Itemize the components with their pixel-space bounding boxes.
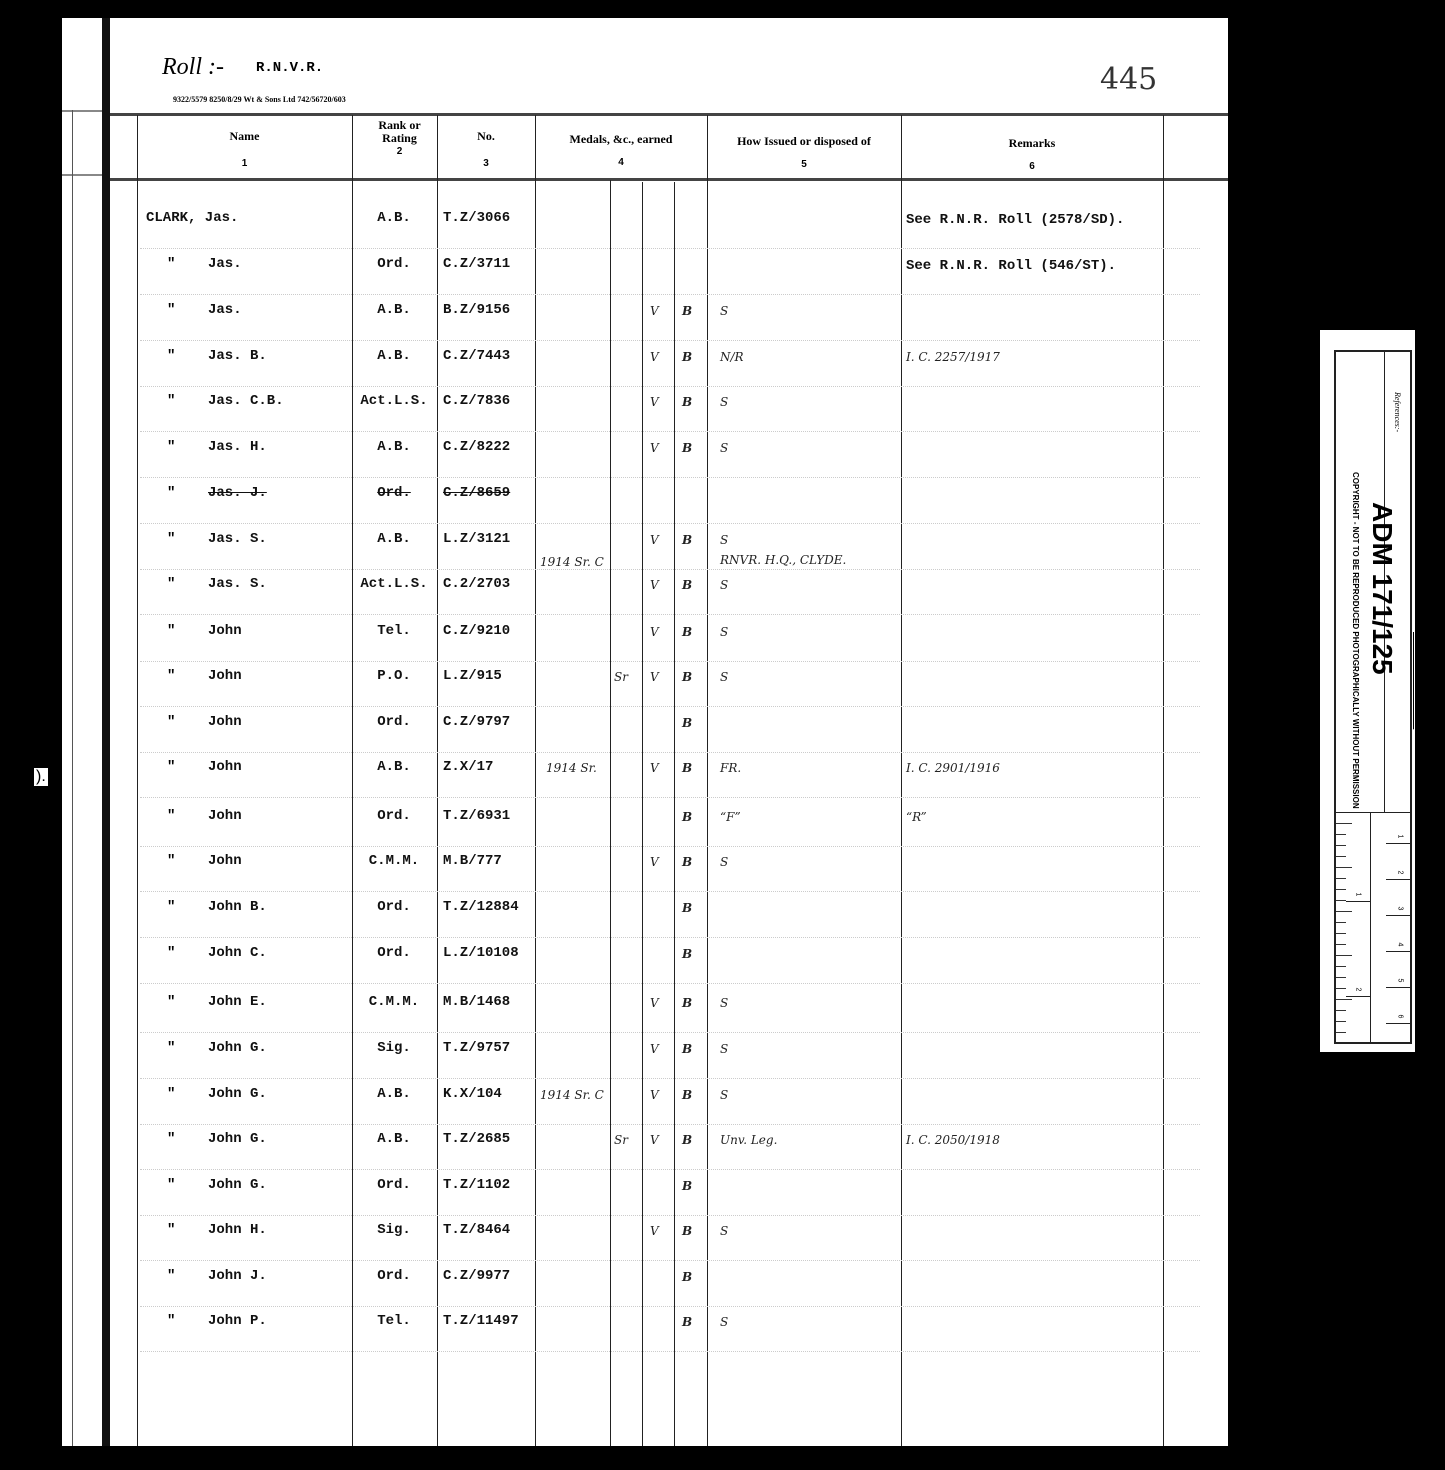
entry-service-number: C.Z/8222 — [443, 439, 510, 455]
issued-method: S — [720, 441, 728, 455]
entry-remarks: I. C. 2257/1917 — [906, 350, 1000, 364]
entry-remarks: I. C. 2050/1918 — [906, 1133, 1000, 1147]
column-header-medals: Medals, &c., earned 4 — [535, 133, 707, 169]
column-header-label: Rank or Rating — [378, 118, 420, 145]
ditto-mark: " — [167, 1313, 175, 1329]
row-guide-line — [140, 1124, 1200, 1125]
entry-name: John G. — [208, 1040, 267, 1056]
medal-victory: V — [650, 304, 659, 318]
entry-rank: A.B. — [354, 302, 434, 318]
medal-british-war: B — [682, 1179, 692, 1193]
entry-service-number: M.B/1468 — [443, 994, 510, 1010]
table-row: "John J.Ord.C.Z/9977B — [110, 1268, 1228, 1314]
left-margin-mark: ). — [34, 768, 48, 786]
column-header-number: 3 — [437, 157, 535, 170]
entry-name: John G. — [208, 1131, 267, 1147]
entry-service-number: T.Z/11497 — [443, 1313, 519, 1329]
entry-name: Jas. S. — [208, 531, 267, 547]
row-guide-line — [140, 1351, 1200, 1352]
issued-method: S — [720, 625, 728, 639]
medal-victory: V — [650, 350, 659, 364]
office-name: PUBLIC RECORD OFFICE — [1413, 632, 1422, 729]
row-guide-line — [140, 797, 1200, 798]
entry-name: John G. — [208, 1086, 267, 1102]
issued-method: S — [720, 533, 728, 547]
table-row: "John G.A.B.K.X/1041914 Sr. CVBS — [110, 1086, 1228, 1132]
entry-service-number: C.Z/9797 — [443, 714, 510, 730]
entry-name: John G. — [208, 1177, 267, 1193]
issued-method: S — [720, 1042, 728, 1056]
entry-name: Jas. S. — [208, 576, 267, 592]
medal-victory: V — [650, 441, 659, 455]
medal-british-war: B — [682, 1088, 692, 1102]
table-row: "JohnTel.C.Z/9210VBS — [110, 623, 1228, 669]
issued-method: S — [720, 395, 728, 409]
entry-name: Jas. C.B. — [208, 393, 284, 409]
issued-method: “F” — [720, 810, 741, 824]
ditto-mark: " — [167, 714, 175, 730]
entry-rank: Ord. — [354, 485, 434, 501]
entry-name: John J. — [208, 1268, 267, 1284]
entry-name: John — [208, 853, 242, 869]
entry-name: John — [208, 759, 242, 775]
medal-star: Sr — [614, 670, 628, 684]
entry-service-number: K.X/104 — [443, 1086, 502, 1102]
medal-victory: V — [650, 855, 659, 869]
table-row: "JohnP.O.L.Z/915SrVBS — [110, 668, 1228, 714]
table-row: "Jas. C.B.Act.L.S.C.Z/7836VBS — [110, 393, 1228, 439]
left-page-rule — [62, 174, 102, 176]
table-row: "Jas. S.A.B.L.Z/31211914 Sr. CVBSRNVR. H… — [110, 531, 1228, 577]
entry-service-number: C.Z/9210 — [443, 623, 510, 639]
row-guide-line — [140, 477, 1200, 478]
entry-rank: A.B. — [354, 759, 434, 775]
medal-british-war: B — [682, 947, 692, 961]
roll-label: Roll :- — [162, 54, 224, 81]
entry-remarks: See R.N.R. Roll (2578/SD). — [906, 212, 1124, 228]
row-guide-line — [140, 1169, 1200, 1170]
ditto-mark: " — [167, 439, 175, 455]
column-header-number: 5 — [707, 158, 901, 171]
row-guide-line — [140, 937, 1200, 938]
table-row: "Jas.Ord.C.Z/3711See R.N.R. Roll (546/ST… — [110, 256, 1228, 302]
medal-british-war: B — [682, 901, 692, 915]
roll-page: Roll :- R.N.V.R. 9322/5579 8250/8/29 Wt … — [110, 18, 1228, 1446]
entry-rank: C.M.M. — [354, 994, 434, 1010]
medal-victory: V — [650, 533, 659, 547]
scale-cm-label: 2 — [1396, 871, 1403, 875]
page-number: 445 — [1100, 62, 1157, 97]
entry-rank: Ord. — [354, 945, 434, 961]
medal-star-note: 1914 Sr. — [546, 761, 597, 775]
entry-rank: A.B. — [354, 348, 434, 364]
ditto-mark: " — [167, 393, 175, 409]
row-guide-line — [140, 891, 1200, 892]
table-row: "John G.Sig.T.Z/9757VBS — [110, 1040, 1228, 1086]
table-row: "Jas. J.Ord.C.Z/8659 — [110, 485, 1228, 531]
entry-service-number: T.Z/2685 — [443, 1131, 510, 1147]
header-top-rule — [110, 113, 1228, 116]
entry-remarks: “R” — [906, 810, 927, 824]
entry-name: John P. — [208, 1313, 267, 1329]
row-guide-line — [140, 614, 1200, 615]
medal-british-war: B — [682, 855, 692, 869]
column-header-label: No. — [477, 129, 495, 143]
row-guide-line — [140, 1260, 1200, 1261]
ditto-mark: " — [167, 1131, 175, 1147]
medal-british-war: B — [682, 716, 692, 730]
entry-rank: Sig. — [354, 1040, 434, 1056]
medal-british-war: B — [682, 625, 692, 639]
entry-service-number: Z.X/17 — [443, 759, 493, 775]
medal-victory: V — [650, 996, 659, 1010]
copyright-notice: COPYRIGHT - NOT TO BE REPRODUCED PHOTOGR… — [1351, 472, 1360, 809]
column-header-number: 2 — [362, 145, 437, 158]
medal-british-war: B — [682, 578, 692, 592]
entry-name: Jas. — [208, 302, 242, 318]
entry-name: John E. — [208, 994, 267, 1010]
medal-british-war: B — [682, 761, 692, 775]
medal-british-war: B — [682, 1315, 692, 1329]
issued-method: S — [720, 1224, 728, 1238]
entry-rank: Ord. — [354, 899, 434, 915]
ditto-mark: " — [167, 853, 175, 869]
medal-british-war: B — [682, 350, 692, 364]
ditto-mark: " — [167, 576, 175, 592]
medal-victory: V — [650, 1133, 659, 1147]
entry-service-number: C.Z/7836 — [443, 393, 510, 409]
entry-name: Jas. — [208, 256, 242, 272]
entry-service-number: M.B/777 — [443, 853, 502, 869]
entry-service-number: C.Z/9977 — [443, 1268, 510, 1284]
entry-rank: Ord. — [354, 808, 434, 824]
column-header-label: Medals, &c., earned — [570, 132, 673, 146]
table-row: "Jas. B.A.B.C.Z/7443VBN/RI. C. 2257/1917 — [110, 348, 1228, 394]
header-bottom-rule — [110, 178, 1228, 181]
ditto-mark: " — [167, 302, 175, 318]
ditto-mark: " — [167, 1177, 175, 1193]
medal-victory: V — [650, 761, 659, 775]
table-row: "Jas. H.A.B.C.Z/8222VBS — [110, 439, 1228, 485]
table-row: "Jas.A.B.B.Z/9156VBS — [110, 302, 1228, 348]
entry-service-number: T.Z/1102 — [443, 1177, 510, 1193]
row-guide-line — [140, 1215, 1200, 1216]
row-guide-line — [140, 1306, 1200, 1307]
scale-cm-label: 4 — [1396, 943, 1403, 947]
references-label: References:- — [1393, 392, 1402, 432]
table-row: "JohnC.M.M.M.B/777VBS — [110, 853, 1228, 899]
row-guide-line — [140, 248, 1200, 249]
medal-british-war: B — [682, 1224, 692, 1238]
left-page-edge — [62, 18, 102, 1446]
column-header-rank: Rank or Rating 2 — [362, 119, 437, 158]
entry-rank: Ord. — [354, 1177, 434, 1193]
medal-british-war: B — [682, 441, 692, 455]
row-guide-line — [140, 846, 1200, 847]
medal-victory: V — [650, 670, 659, 684]
ditto-mark: " — [167, 348, 175, 364]
medal-victory: V — [650, 395, 659, 409]
medal-british-war: B — [682, 304, 692, 318]
column-header-label: Name — [230, 129, 260, 143]
roll-value: R.N.V.R. — [256, 60, 323, 76]
row-guide-line — [140, 569, 1200, 570]
medal-victory: V — [650, 1224, 659, 1238]
medal-british-war: B — [682, 395, 692, 409]
medal-british-war: B — [682, 996, 692, 1010]
entry-rank: A.B. — [354, 1086, 434, 1102]
table-row: CLARK, Jas.A.B.T.Z/3066See R.N.R. Roll (… — [110, 210, 1228, 256]
ditto-mark: " — [167, 256, 175, 272]
entry-remarks: See R.N.R. Roll (546/ST). — [906, 258, 1116, 274]
table-row: "John H.Sig.T.Z/8464VBS — [110, 1222, 1228, 1268]
column-header-number-col: No. 3 — [437, 130, 535, 170]
entry-rank: Ord. — [354, 714, 434, 730]
row-guide-line — [140, 706, 1200, 707]
entry-rank: A.B. — [354, 531, 434, 547]
medal-british-war: B — [682, 810, 692, 824]
entry-rank: A.B. — [354, 439, 434, 455]
row-guide-line — [140, 431, 1200, 432]
entry-service-number: C.2/2703 — [443, 576, 510, 592]
entry-name: Jas. B. — [208, 348, 267, 364]
medal-victory: V — [650, 1088, 659, 1102]
ditto-mark: " — [167, 623, 175, 639]
entry-remarks: I. C. 2901/1916 — [906, 761, 1000, 775]
scale-cm-label: 6 — [1396, 1015, 1403, 1019]
print-code: 9322/5579 8250/8/29 Wt & Sons Ltd 742/56… — [173, 95, 346, 104]
column-header-number: 1 — [137, 157, 352, 170]
ditto-mark: " — [167, 1268, 175, 1284]
medal-victory: V — [650, 578, 659, 592]
table-row: "John E.C.M.M.M.B/1468VBS — [110, 994, 1228, 1040]
ditto-mark: " — [167, 668, 175, 684]
row-guide-line — [140, 1078, 1200, 1079]
entry-name: John — [208, 808, 242, 824]
entry-service-number: C.Z/7443 — [443, 348, 510, 364]
entry-name: John B. — [208, 899, 267, 915]
entry-rank: Tel. — [354, 1313, 434, 1329]
scale-inch-label: 2 — [1354, 988, 1361, 992]
entry-rank: Act.L.S. — [354, 576, 434, 592]
reference-label-card: References:- ADM 171/125 PUBLIC RECORD O… — [1320, 330, 1415, 1052]
column-header-issued: How Issued or disposed of 5 — [707, 135, 901, 171]
entry-rank: A.B. — [354, 210, 434, 226]
column-header-number: 4 — [535, 156, 707, 169]
column-header-number: 6 — [901, 160, 1163, 173]
entry-service-number: B.Z/9156 — [443, 302, 510, 318]
entry-rank: C.M.M. — [354, 853, 434, 869]
ditto-mark: " — [167, 808, 175, 824]
entry-service-number: T.Z/6931 — [443, 808, 510, 824]
column-header-label: How Issued or disposed of — [737, 134, 871, 148]
left-page-rule — [62, 110, 102, 112]
entry-service-number: L.Z/915 — [443, 668, 502, 684]
ditto-mark: " — [167, 994, 175, 1010]
issued-method: S — [720, 1315, 728, 1329]
ditto-mark: " — [167, 531, 175, 547]
ditto-mark: " — [167, 759, 175, 775]
medal-british-war: B — [682, 1270, 692, 1284]
reference-number: ADM 171/125 — [1366, 502, 1398, 675]
column-header-name: Name 1 — [137, 130, 352, 170]
medal-british-war: B — [682, 1133, 692, 1147]
measurement-scale: 12345612 — [1336, 812, 1410, 1043]
entry-name: CLARK, Jas. — [146, 210, 238, 226]
entry-name: Jas. J. — [208, 485, 267, 501]
entry-service-number: C.Z/8659 — [443, 485, 510, 501]
scale-cm-label: 5 — [1396, 979, 1403, 983]
table-row: "John G.Ord.T.Z/1102B — [110, 1177, 1228, 1223]
entry-name: John C. — [208, 945, 267, 961]
entry-service-number: L.Z/10108 — [443, 945, 519, 961]
table-row: "JohnOrd.T.Z/6931B“F”“R” — [110, 808, 1228, 854]
table-row: "John G.A.B.T.Z/2685SrVBUnv. Leg.I. C. 2… — [110, 1131, 1228, 1177]
row-guide-line — [140, 752, 1200, 753]
entry-service-number: T.Z/3066 — [443, 210, 510, 226]
entry-service-number: T.Z/12884 — [443, 899, 519, 915]
ditto-mark: " — [167, 1222, 175, 1238]
row-guide-line — [140, 294, 1200, 295]
entry-name: John — [208, 623, 242, 639]
issued-location: RNVR. H.Q., CLYDE. — [720, 553, 846, 567]
issued-method: FR. — [720, 761, 741, 775]
table-row: "Jas. S.Act.L.S.C.2/2703VBS — [110, 576, 1228, 622]
issued-method: S — [720, 304, 728, 318]
medal-victory: V — [650, 625, 659, 639]
issued-method: S — [720, 578, 728, 592]
row-guide-line — [140, 340, 1200, 341]
column-header-remarks: Remarks 6 — [901, 137, 1163, 173]
entry-service-number: L.Z/3121 — [443, 531, 510, 547]
table-row: "John B.Ord.T.Z/12884B — [110, 899, 1228, 945]
entry-name: John H. — [208, 1222, 267, 1238]
entry-rank: Tel. — [354, 623, 434, 639]
table-row: "JohnA.B.Z.X/171914 Sr.VBFR.I. C. 2901/1… — [110, 759, 1228, 805]
entry-name: John — [208, 714, 242, 730]
row-guide-line — [140, 661, 1200, 662]
row-guide-line — [140, 1032, 1200, 1033]
medal-british-war: B — [682, 1042, 692, 1056]
left-page-column-line — [72, 110, 73, 1446]
ditto-mark: " — [167, 945, 175, 961]
medal-star-note: 1914 Sr. C — [540, 555, 604, 569]
entry-rank: Ord. — [354, 1268, 434, 1284]
issued-method: S — [720, 855, 728, 869]
entry-rank: Sig. — [354, 1222, 434, 1238]
entry-rank: Act.L.S. — [354, 393, 434, 409]
entry-service-number: C.Z/3711 — [443, 256, 510, 272]
entry-name: John — [208, 668, 242, 684]
medal-star-note: 1914 Sr. C — [540, 1088, 604, 1102]
row-guide-line — [140, 983, 1200, 984]
entry-rank: P.O. — [354, 668, 434, 684]
issued-method: Unv. Leg. — [720, 1133, 777, 1147]
issued-method: S — [720, 996, 728, 1010]
scale-inch-label: 1 — [1354, 893, 1361, 897]
entry-service-number: T.Z/8464 — [443, 1222, 510, 1238]
medal-british-war: B — [682, 533, 692, 547]
medal-star: Sr — [614, 1133, 628, 1147]
column-header-label: Remarks — [1009, 136, 1056, 150]
row-guide-line — [140, 523, 1200, 524]
scale-cm-label: 1 — [1396, 835, 1403, 839]
entry-service-number: T.Z/9757 — [443, 1040, 510, 1056]
entry-name: Jas. H. — [208, 439, 267, 455]
table-row: "John C.Ord.L.Z/10108B — [110, 945, 1228, 991]
medal-victory: V — [650, 1042, 659, 1056]
ditto-mark: " — [167, 485, 175, 501]
medal-british-war: B — [682, 670, 692, 684]
row-guide-line — [140, 386, 1200, 387]
reference-label-frame: References:- ADM 171/125 PUBLIC RECORD O… — [1334, 350, 1412, 1044]
scale-cm-label: 3 — [1396, 907, 1403, 911]
issued-method: S — [720, 1088, 728, 1102]
entry-rank: Ord. — [354, 256, 434, 272]
table-row: "John P.Tel.T.Z/11497BS — [110, 1313, 1228, 1359]
issued-method: N/R — [720, 350, 744, 364]
table-row: "JohnOrd.C.Z/9797B — [110, 714, 1228, 760]
ditto-mark: " — [167, 1040, 175, 1056]
ditto-mark: " — [167, 1086, 175, 1102]
entry-rank: A.B. — [354, 1131, 434, 1147]
ditto-mark: " — [167, 899, 175, 915]
issued-method: S — [720, 670, 728, 684]
